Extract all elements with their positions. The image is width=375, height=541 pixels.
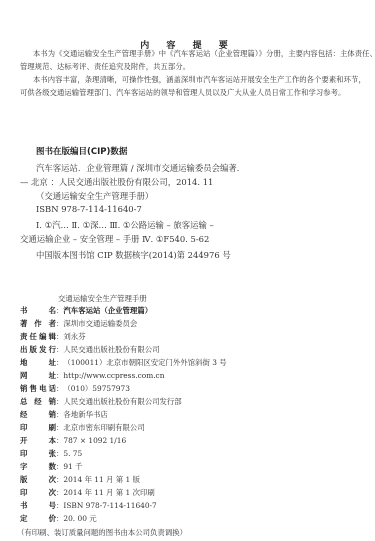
copyright-page: 内 容 提 要 本书为《交通运输安全生产管理手册》中《汽车客运站（企业管理篇）》… bbox=[0, 0, 375, 541]
imprint-label: 网址 bbox=[20, 370, 56, 382]
imprint-row-address: 地址：（100011）北京市朝阳区安定门外外馆斜街 3 号 bbox=[20, 357, 227, 369]
series-title: 交通运输安全生产管理手册 bbox=[58, 293, 147, 304]
cip-line-verification-number: 中国版本图书馆 CIP 数据核字(2014)第 244976 号 bbox=[36, 249, 231, 261]
imprint-row-website: 网址：http://www.ccpress.com.cn bbox=[20, 370, 164, 382]
imprint-value: 2014 年 11 月 第 1 版 bbox=[63, 474, 140, 486]
imprint-label: 出版发行 bbox=[20, 344, 56, 356]
imprint-label: 版次 bbox=[20, 474, 56, 486]
imprint-label: 责任编辑 bbox=[20, 331, 56, 343]
cip-line-classification-1: Ⅰ. ①汽… Ⅱ. ①深… Ⅲ. ①公路运输 – 旅客运输 – bbox=[36, 219, 214, 231]
cip-line-series: （交通运输安全生产管理手册） bbox=[36, 190, 153, 202]
imprint-label: 著作者 bbox=[20, 318, 56, 330]
website-link: http://www.ccpress.com.cn bbox=[63, 370, 164, 382]
imprint-label: 字数 bbox=[20, 461, 56, 473]
cip-line-isbn: ISBN 978-7-114-11640-7 bbox=[36, 204, 142, 214]
imprint-value: 人民交通出版社股份有限公司 bbox=[63, 344, 159, 356]
imprint-label: 销售电话 bbox=[20, 383, 56, 395]
summary-paragraph-1-line-1: 本书为《交通运输安全生产管理手册》中《汽车客运站（企业管理篇）》分册，主要内容包… bbox=[33, 47, 375, 60]
quality-notice: （有印刷、装订质量问题的图书由本公司负责调换） bbox=[17, 527, 187, 538]
imprint-value: 汽车客运站（企业管理篇） bbox=[63, 305, 152, 317]
imprint-row-sheets: 印张：5. 75 bbox=[20, 448, 82, 460]
imprint-value: ISBN 978-7-114-11640-7 bbox=[63, 500, 156, 512]
imprint-row-printing: 印次：2014 年 11 月 第 1 次印刷 bbox=[20, 487, 155, 499]
cip-line-title: 汽车客运站．企业管理篇 / 深圳市交通运输委员会编著． bbox=[36, 162, 245, 174]
imprint-label: 印刷 bbox=[20, 422, 56, 434]
summary-paragraph-2-line-1: 本书内容丰富，条理清晰，可操作性强，涵盖深圳市汽车客运站开展安全生产工作的各个要… bbox=[33, 73, 366, 86]
imprint-row-publisher: 出版发行：人民交通出版社股份有限公司 bbox=[20, 344, 160, 356]
imprint-label: 开本 bbox=[20, 435, 56, 447]
imprint-value: （100011）北京市朝阳区安定门外外馆斜街 3 号 bbox=[63, 357, 226, 369]
summary-paragraph-1-line-2: 管理规范、达标考评、责任追究及附件，共五部分。 bbox=[20, 60, 190, 73]
imprint-value: 各地新华书店 bbox=[63, 409, 107, 421]
cip-line-publisher: — 北京 ：人民交通出版社股份有限公司，2014. 11 bbox=[20, 176, 213, 188]
imprint-value: 2014 年 11 月 第 1 次印刷 bbox=[63, 487, 154, 499]
cip-line-classification-2: 交通运输企业 – 安全管理 – 手册 Ⅳ. ①F540. 5-62 bbox=[20, 233, 209, 245]
imprint-value: 5. 75 bbox=[63, 448, 82, 460]
imprint-value: 北京市密东印刷有限公司 bbox=[63, 422, 144, 434]
imprint-value: 刘永芬 bbox=[63, 331, 85, 343]
imprint-label: 总经销 bbox=[20, 396, 56, 408]
imprint-row-isbn: 书号：ISBN 978-7-114-11640-7 bbox=[20, 500, 157, 512]
imprint-label: 书名 bbox=[20, 305, 56, 317]
imprint-row-title: 书名：汽车客运站（企业管理篇） bbox=[20, 305, 152, 317]
imprint-row-format: 开本：787 × 1092 1/16 bbox=[20, 435, 126, 447]
imprint-label: 经销 bbox=[20, 409, 56, 421]
imprint-row-edition: 版次：2014 年 11 月 第 1 版 bbox=[20, 474, 140, 486]
imprint-label: 印次 bbox=[20, 487, 56, 499]
cip-heading: 图书在版编目(CIP)数据 bbox=[36, 145, 127, 157]
imprint-row-word-count: 字数：91 千 bbox=[20, 461, 83, 473]
imprint-label: 印张 bbox=[20, 448, 56, 460]
imprint-row-author: 著作者：深圳市交通运输委员会 bbox=[20, 318, 137, 330]
imprint-value: 人民交通出版社股份有限公司发行部 bbox=[63, 396, 181, 408]
imprint-label: 地址 bbox=[20, 357, 56, 369]
imprint-label: 书号 bbox=[20, 500, 56, 512]
imprint-row-distributor: 经销：各地新华书店 bbox=[20, 409, 108, 421]
imprint-row-editor: 责任编辑：刘永芬 bbox=[20, 331, 86, 343]
imprint-value: 20. 00 元 bbox=[63, 513, 96, 525]
summary-paragraph-2-line-2: 可供各级交通运输管理部门、汽车客运站的领导和管理人员以及广大从业人员日常工作和学… bbox=[20, 86, 345, 99]
imprint-label: 定价 bbox=[20, 513, 56, 525]
imprint-row-sales-phone: 销售电话：（010）59757973 bbox=[20, 383, 130, 395]
imprint-row-general-distributor: 总经销：人民交通出版社股份有限公司发行部 bbox=[20, 396, 182, 408]
imprint-value: 深圳市交通运输委员会 bbox=[63, 318, 137, 330]
imprint-value: 787 × 1092 1/16 bbox=[63, 435, 126, 447]
imprint-value: 91 千 bbox=[63, 461, 82, 473]
imprint-row-price: 定价：20. 00 元 bbox=[20, 513, 97, 525]
imprint-value: （010）59757973 bbox=[63, 383, 130, 395]
imprint-row-printer: 印刷：北京市密东印刷有限公司 bbox=[20, 422, 145, 434]
